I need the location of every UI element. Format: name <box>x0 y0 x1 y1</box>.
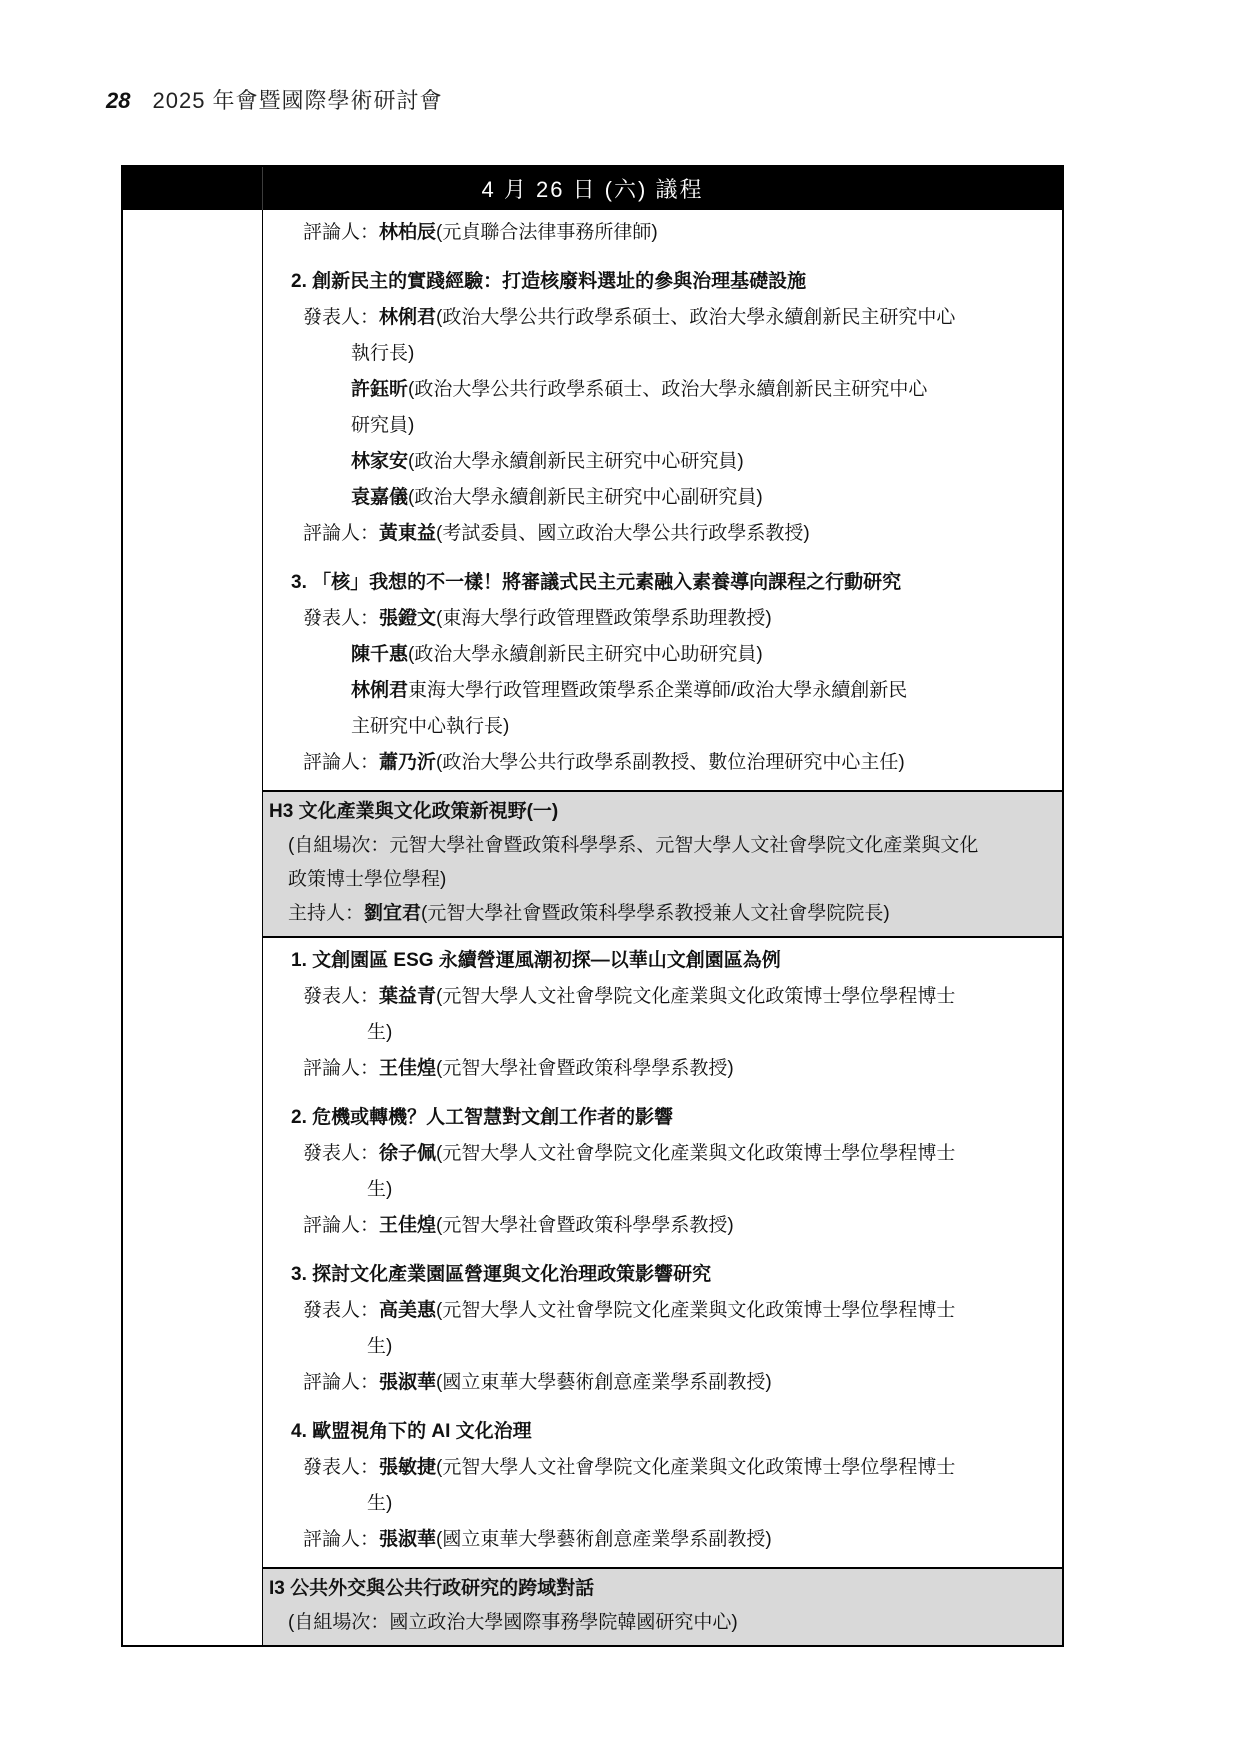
session-header-block: H3 文化產業與文化政策新視野(一)(自組場次：元智大學社會暨政策科學學系、元智… <box>263 790 1062 938</box>
schedule-table-body: 評論人：林柏辰(元貞聯合法律事務所律師)2. 創新民主的實踐經驗：打造核廢料選址… <box>123 210 1062 1645</box>
schedule-line: 評論人：王佳煌(元智大學社會暨政策科學學系教授) <box>303 1208 1062 1244</box>
date-header-text: 4 月 26 日 (六) 議程 <box>482 173 704 204</box>
schedule-line: 袁嘉儀(政治大學永續創新民主研究中心副研究員) <box>351 480 1062 516</box>
schedule-line: 發表人：林俐君(政治大學公共行政學系碩士、政治大學永續創新民主研究中心 <box>303 300 1062 336</box>
schedule-line: 評論人：張淑華(國立東華大學藝術創意產業學系副教授) <box>303 1522 1062 1558</box>
schedule-line: 發表人：張鐙文(東海大學行政管理暨政策學系助理教授) <box>303 601 1062 637</box>
schedule-line: 1. 文創園區 ESG 永續營運風潮初探—以華山文創園區為例 <box>291 943 1062 979</box>
schedule-line: 3. 探討文化產業園區營運與文化治理政策影響研究 <box>291 1257 1062 1293</box>
schedule-line: 2. 危機或轉機？人工智慧對文創工作者的影響 <box>291 1100 1062 1136</box>
schedule-line: 發表人：張敏捷(元智大學人文社會學院文化產業與文化政策博士學位學程博士 <box>303 1450 1062 1486</box>
schedule-line: 4. 歐盟視角下的 AI 文化治理 <box>291 1414 1062 1450</box>
schedule-line: 評論人：林柏辰(元貞聯合法律事務所律師) <box>303 215 1062 251</box>
page-header: 28 2025 年會暨國際學術研討會 <box>106 84 443 115</box>
session-content-block: 1. 文創園區 ESG 永續營運風潮初探—以華山文創園區為例發表人：葉益青(元智… <box>263 938 1062 1567</box>
schedule-table-date-header: 4 月 26 日 (六) 議程 <box>123 167 1062 210</box>
page-title: 2025 年會暨國際學術研討會 <box>152 84 442 115</box>
session-header-line: (自組場次：元智大學社會暨政策科學學系、元智大學人文社會學院文化產業與文化 <box>288 829 1062 863</box>
session-header-line: I3 公共外交與公共行政研究的跨域對話 <box>269 1572 1062 1606</box>
schedule-line: 2. 創新民主的實踐經驗：打造核廢料選址的參與治理基礎設施 <box>291 264 1062 300</box>
schedule-line: 評論人：黃東益(考試委員、國立政治大學公共行政學系教授) <box>303 516 1062 552</box>
session-header-line: H3 文化產業與文化政策新視野(一) <box>269 795 1062 829</box>
schedule-line: 生) <box>367 1329 1062 1365</box>
schedule-line: 主研究中心執行長) <box>351 709 1062 745</box>
time-column-empty <box>123 210 263 1645</box>
schedule-line: 3. 「核」我想的不一樣！將審議式民主元素融入素養導向課程之行動研究 <box>291 565 1062 601</box>
schedule-line: 生) <box>367 1172 1062 1208</box>
schedule-table: 4 月 26 日 (六) 議程 評論人：林柏辰(元貞聯合法律事務所律師)2. 創… <box>121 165 1064 1647</box>
schedule-line: 評論人：王佳煌(元智大學社會暨政策科學學系教授) <box>303 1051 1062 1087</box>
schedule-line: 發表人：高美惠(元智大學人文社會學院文化產業與文化政策博士學位學程博士 <box>303 1293 1062 1329</box>
session-header-block: I3 公共外交與公共行政研究的跨域對話(自組場次：國立政治大學國際事務學院韓國研… <box>263 1567 1062 1645</box>
schedule-line: 研究員) <box>351 408 1062 444</box>
schedule-line: 生) <box>367 1015 1062 1051</box>
session-header-line: (自組場次：國立政治大學國際事務學院韓國研究中心) <box>288 1606 1062 1640</box>
page-number: 28 <box>106 88 130 114</box>
schedule-line: 評論人：蕭乃沂(政治大學公共行政學系副教授、數位治理研究中心主任) <box>303 745 1062 781</box>
schedule-line: 發表人：葉益青(元智大學人文社會學院文化產業與文化政策博士學位學程博士 <box>303 979 1062 1015</box>
schedule-line: 林家安(政治大學永續創新民主研究中心研究員) <box>351 444 1062 480</box>
schedule-line: 許鈺昕(政治大學公共行政學系碩士、政治大學永續創新民主研究中心 <box>351 372 1062 408</box>
schedule-line: 陳千惠(政治大學永續創新民主研究中心助研究員) <box>351 637 1062 673</box>
schedule-line: 執行長) <box>351 336 1062 372</box>
schedule-line: 發表人：徐子佩(元智大學人文社會學院文化產業與文化政策博士學位學程博士 <box>303 1136 1062 1172</box>
agenda-column: 評論人：林柏辰(元貞聯合法律事務所律師)2. 創新民主的實踐經驗：打造核廢料選址… <box>263 210 1062 1645</box>
session-header-line: 主持人：劉宜君(元智大學社會暨政策科學學系教授兼人文社會學院院長) <box>288 897 1062 931</box>
schedule-line: 評論人：張淑華(國立東華大學藝術創意產業學系副教授) <box>303 1365 1062 1401</box>
session-header-line: 政策博士學位學程) <box>288 863 1062 897</box>
schedule-line: 生) <box>367 1486 1062 1522</box>
session-content-block: 評論人：林柏辰(元貞聯合法律事務所律師)2. 創新民主的實踐經驗：打造核廢料選址… <box>263 210 1062 790</box>
schedule-line: 林俐君東海大學行政管理暨政策學系企業導師/政治大學永續創新民 <box>351 673 1062 709</box>
